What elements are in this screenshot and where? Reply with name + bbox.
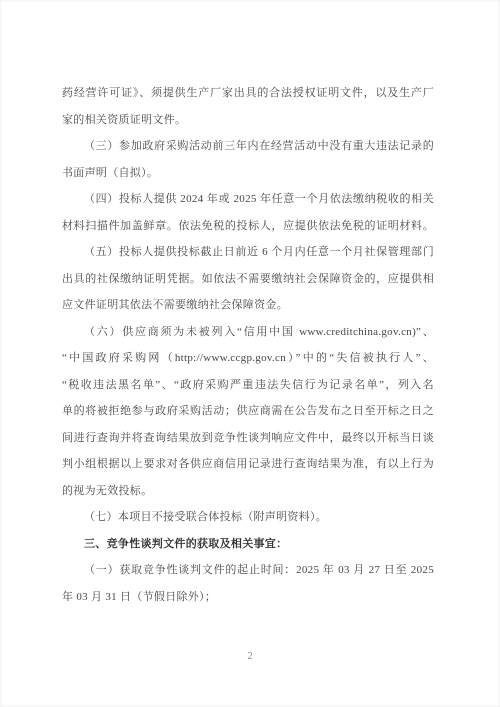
text-line: 书面声明（自拟）。 — [62, 160, 434, 187]
text-line: （三）参加政府采购活动前三年内在经营活动中没有重大违法记录的 — [62, 133, 434, 160]
document-body: 药经营许可证》、须提供生产厂家出具的合法授权证明文件，以及生产厂 家的相关资质证… — [62, 80, 434, 610]
text-line: （五）投标人提供投标截止日前近 6 个月内任意一个月社保管理部门 — [62, 239, 434, 266]
text-line: 家的相关资质证明文件。 — [62, 107, 434, 134]
text-line: 的视为无效投标。 — [62, 478, 434, 505]
text-line: （七）本项目不接受联合体投标（附声明资料）。 — [62, 504, 434, 531]
document-page: 药经营许可证》、须提供生产厂家出具的合法授权证明文件，以及生产厂 家的相关资质证… — [0, 0, 500, 707]
text-line: （六）供应商须为未被列入“信用中国 www.creditchina.gov.cn… — [62, 319, 434, 346]
text-line: 材料扫描件加盖鲜章。依法免税的投标人，应提供依法免税的证明材料。 — [62, 213, 434, 240]
text-line: 年 03 月 31 日（节假日除外）； — [62, 584, 434, 611]
text-line: （四）投标人提供 2024 年或 2025 年任意一个月依法缴纳税收的相关 — [62, 186, 434, 213]
text-line: “税收违法黑名单”、“政府采购严重违法失信行为记录名单”，列入名 — [62, 372, 434, 399]
page-number: 2 — [0, 649, 500, 665]
text-line: （一）获取竞争性谈判文件的起止时间：2025 年 03 月 27 日至 2025 — [62, 557, 434, 584]
text-line: 间进行查询并将查询结果放到竞争性谈判响应文件中，最终以开标当日谈 — [62, 425, 434, 452]
text-line: 应文件证明其依法不需要缴纳社会保障资金。 — [62, 292, 434, 319]
section-heading: 三、竞争性谈判文件的获取及相关事宜： — [62, 531, 434, 558]
text-line: 出具的社保缴纳证明凭据。如依法不需要缴纳社会保障资金的，应提供相 — [62, 266, 434, 293]
text-line: 药经营许可证》、须提供生产厂家出具的合法授权证明文件，以及生产厂 — [62, 80, 434, 107]
text-line: 判小组根据以上要求对各供应商信用记录进行查询结果为准，有以上行为 — [62, 451, 434, 478]
text-line: “中国政府采购网（http://www.ccgp.gov.cn）”中的“失信被执… — [62, 345, 434, 372]
text-line: 单的将被拒绝参与政府采购活动；供应商需在公告发布之日至开标之日之 — [62, 398, 434, 425]
